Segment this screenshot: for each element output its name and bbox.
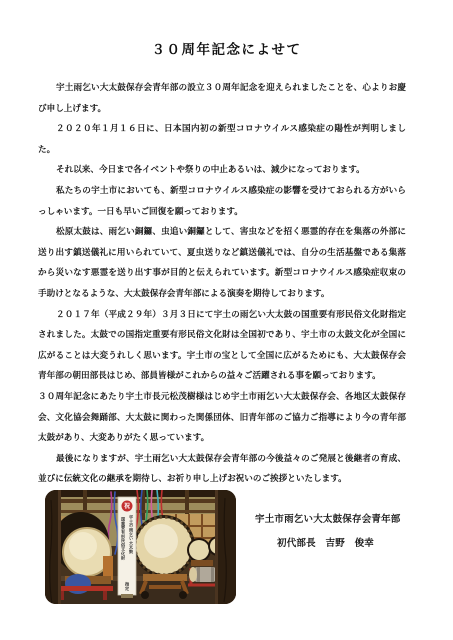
page-title: ３０周年記念によせて <box>0 38 453 58</box>
anniversary-photo: 祝 宇土の雨乞い大太鼓 国重要有形民俗文化財 指定 <box>45 490 236 604</box>
paragraph: ３０周年記念にあたり宇土市長元松茂樹様はじめ宇土市雨乞い大太鼓保存会、各地区太鼓… <box>38 387 406 449</box>
taiko-storehouse-illustration: 祝 宇土の雨乞い大太鼓 国重要有形民俗文化財 指定 <box>45 490 236 604</box>
paragraph: 松原太鼓は、雨乞い銅鑼、虫追い銅鑼として、害虫などを招く悪霊的存在を集落の外部に… <box>38 222 406 304</box>
banner-bottom-text: 指定 <box>124 581 130 591</box>
banner-column1: 宇土の雨乞い大太鼓 <box>128 514 134 554</box>
banner-column2: 国重要有形民俗文化財 <box>120 516 126 561</box>
paragraph: ２０１７年（平成２９年）３月３日にて宇土の雨乞い大太鼓の国重要有形民俗文化財指定… <box>38 305 406 387</box>
paragraph: 最後になりますが、宇土雨乞い大太鼓保存会青年部の今後益々のご発展と後継者の育成、… <box>38 449 406 490</box>
paragraph: 私たちの宇土市においても、新型コロナウイルス感染症の影響を受けておられる方がいら… <box>38 181 406 222</box>
signature-name: 初代部長 吉野 俊幸 <box>277 535 374 549</box>
signature-organization: 宇土市雨乞い大太鼓保存会青年部 <box>255 511 401 525</box>
paragraph: ２０２０年１月１６日に、日本国内初の新型コロナウイルス感染症の陽性が判明しました… <box>38 119 406 160</box>
paragraph: それ以来、今日まで各イベントや祭りの中止あるいは、減少になっております。 <box>38 160 406 181</box>
left-pillar <box>45 490 61 604</box>
paragraph: 宇土雨乞い大太鼓保存会青年部の設立３０周年記念を迎えられましたことを、心よりお慶… <box>38 78 406 119</box>
document-page: ３０周年記念によせて 宇土雨乞い大太鼓保存会青年部の設立３０周年記念を迎えられま… <box>0 0 453 640</box>
commemorative-banner: 祝 宇土の雨乞い大太鼓 国重要有形民俗文化財 指定 <box>118 497 136 598</box>
right-pillar <box>215 490 236 604</box>
body-paragraphs: 宇土雨乞い大太鼓保存会青年部の設立３０周年記念を迎えられましたことを、心よりお慶… <box>38 78 406 490</box>
banner-emblem-text: 祝 <box>124 502 130 510</box>
center-taiko-drum <box>133 515 195 599</box>
